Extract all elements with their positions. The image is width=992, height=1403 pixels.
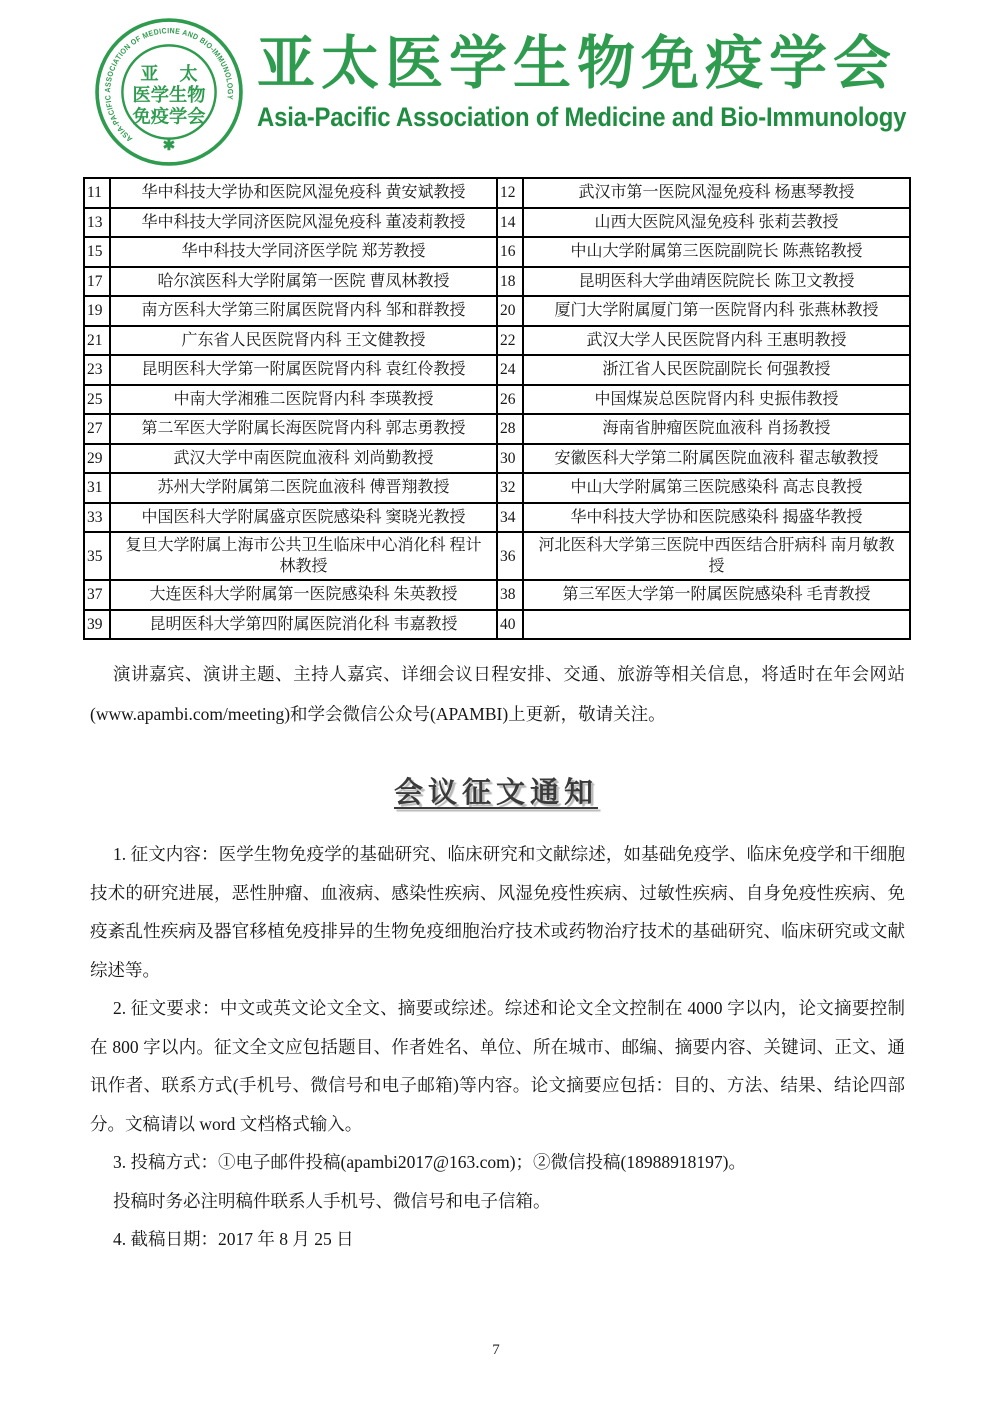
body-paragraph: 3. 投稿方式：①电子邮件投稿(apambi2017@163.com)；②微信投…	[90, 1143, 905, 1182]
row-number: 34	[497, 503, 523, 533]
guest-entry: 复旦大学附属上海市公共卫生临床中心消化科 程计林教授	[110, 532, 497, 580]
guest-entry: 第三军医大学第一附属医院感染科 毛青教授	[523, 580, 910, 610]
section-heading: 会议征文通知	[0, 770, 992, 811]
row-number: 11	[84, 178, 110, 208]
row-number: 24	[497, 355, 523, 385]
intro-paragraph: 演讲嘉宾、演讲主题、主持人嘉宾、详细会议日程安排、交通、旅游等相关信息，将适时在…	[90, 655, 905, 734]
row-number: 14	[497, 208, 523, 238]
table-row: 13华中科技大学同济医院风湿免疫科 董凌莉教授14山西大医院风湿免疫科 张莉芸教…	[84, 208, 910, 238]
row-number: 13	[84, 208, 110, 238]
section-heading-text: 会议征文通知	[394, 777, 598, 809]
body-paragraph: 1. 征文内容：医学生物免疫学的基础研究、临床研究和文献综述，如基础免疫学、临床…	[90, 835, 905, 989]
table-row: 11华中科技大学协和医院风湿免疫科 黄安斌教授12武汉市第一医院风湿免疫科 杨惠…	[84, 178, 910, 208]
guest-entry: 哈尔滨医科大学附属第一医院 曹凤林教授	[110, 267, 497, 297]
guest-list-table: 11华中科技大学协和医院风湿免疫科 黄安斌教授12武汉市第一医院风湿免疫科 杨惠…	[83, 177, 911, 640]
row-number: 27	[84, 414, 110, 444]
row-number: 31	[84, 473, 110, 503]
guest-entry: 厦门大学附属厦门第一医院肾内科 张燕林教授	[523, 296, 910, 326]
table-row: 31苏州大学附属第二医院血液科 傅晋翔教授32中山大学附属第三医院感染科 高志良…	[84, 473, 910, 503]
row-number: 38	[497, 580, 523, 610]
row-number: 25	[84, 385, 110, 415]
association-title-en: Asia-Pacific Association of Medicine and…	[257, 102, 906, 133]
row-number: 21	[84, 326, 110, 356]
body-paragraph: 2. 征文要求：中文或英文论文全文、摘要或综述。综述和论文全文控制在 4000 …	[90, 989, 905, 1143]
row-number: 28	[497, 414, 523, 444]
guest-entry: 海南省肿瘤医院血液科 肖扬教授	[523, 414, 910, 444]
row-number: 17	[84, 267, 110, 297]
seal-star-icon: ✱	[163, 137, 176, 154]
table-row: 35复旦大学附属上海市公共卫生临床中心消化科 程计林教授36河北医科大学第三医院…	[84, 532, 910, 580]
row-number: 32	[497, 473, 523, 503]
table-row: 25中南大学湘雅二医院肾内科 李瑛教授26中国煤炭总医院肾内科 史振伟教授	[84, 385, 910, 415]
row-number: 37	[84, 580, 110, 610]
section-body: 1. 征文内容：医学生物免疫学的基础研究、临床研究和文献综述，如基础免疫学、临床…	[90, 835, 905, 1259]
row-number: 36	[497, 532, 523, 580]
guest-entry: 昆明医科大学第四附属医院消化科 韦嘉教授	[110, 610, 497, 640]
guest-table-body: 11华中科技大学协和医院风湿免疫科 黄安斌教授12武汉市第一医院风湿免疫科 杨惠…	[84, 178, 910, 639]
row-number: 16	[497, 237, 523, 267]
guest-entry: 中国医科大学附属盛京医院感染科 窦晓光教授	[110, 503, 497, 533]
row-number: 29	[84, 444, 110, 474]
row-number: 39	[84, 610, 110, 640]
table-row: 17哈尔滨医科大学附属第一医院 曹凤林教授18昆明医科大学曲靖医院院长 陈卫文教…	[84, 267, 910, 297]
table-row: 29武汉大学中南医院血液科 刘尚勤教授30安徽医科大学第二附属医院血液科 翟志敏…	[84, 444, 910, 474]
row-number: 15	[84, 237, 110, 267]
row-number: 23	[84, 355, 110, 385]
guest-entry: 中国煤炭总医院肾内科 史振伟教授	[523, 385, 910, 415]
row-number: 30	[497, 444, 523, 474]
guest-entry: 中南大学湘雅二医院肾内科 李瑛教授	[110, 385, 497, 415]
page-number: 7	[0, 1342, 992, 1359]
body-paragraph: 4. 截稿日期：2017 年 8 月 25 日	[90, 1220, 905, 1259]
guest-entry: 华中科技大学同济医院风湿免疫科 董凌莉教授	[110, 208, 497, 238]
table-row: 15华中科技大学同济医学院 郑芳教授16中山大学附属第三医院副院长 陈燕铭教授	[84, 237, 910, 267]
seal-center-line: 医学生物	[133, 84, 207, 105]
row-number: 33	[84, 503, 110, 533]
row-number: 12	[497, 178, 523, 208]
letterhead-titles: 亚太医学生物免疫学会 Asia-Pacific Association of M…	[257, 16, 932, 133]
table-row: 37大连医科大学附属第一医院感染科 朱英教授38第三军医大学第一附属医院感染科 …	[84, 580, 910, 610]
guest-entry: 中山大学附属第三医院副院长 陈燕铭教授	[523, 237, 910, 267]
document-page: ASIA-PACIFIC ASSOCIATION OF MEDICINE AND…	[0, 0, 992, 1403]
body-paragraph: 投稿时务必注明稿件联系人手机号、微信号和电子信箱。	[90, 1182, 905, 1221]
seal-center-line: 免疫学会	[132, 105, 207, 126]
association-title-cn: 亚太医学生物免疫学会	[257, 32, 932, 96]
guest-entry: 浙江省人民医院副院长 何强教授	[523, 355, 910, 385]
table-row: 39昆明医科大学第四附属医院消化科 韦嘉教授40	[84, 610, 910, 640]
row-number: 20	[497, 296, 523, 326]
guest-entry: 大连医科大学附属第一医院感染科 朱英教授	[110, 580, 497, 610]
guest-entry: 第二军医大学附属长海医院肾内科 郭志勇教授	[110, 414, 497, 444]
guest-entry: 华中科技大学协和医院风湿免疫科 黄安斌教授	[110, 178, 497, 208]
row-number: 35	[84, 532, 110, 580]
guest-entry: 昆明医科大学第一附属医院肾内科 袁红伶教授	[110, 355, 497, 385]
table-row: 23昆明医科大学第一附属医院肾内科 袁红伶教授24浙江省人民医院副院长 何强教授	[84, 355, 910, 385]
guest-entry: 华中科技大学协和医院感染科 揭盛华教授	[523, 503, 910, 533]
row-number: 40	[497, 610, 523, 640]
guest-entry: 武汉大学中南医院血液科 刘尚勤教授	[110, 444, 497, 474]
guest-entry: 武汉市第一医院风湿免疫科 杨惠琴教授	[523, 178, 910, 208]
row-number: 18	[497, 267, 523, 297]
table-row: 21广东省人民医院肾内科 王文健教授22武汉大学人民医院肾内科 王惠明教授	[84, 326, 910, 356]
guest-entry: 华中科技大学同济医学院 郑芳教授	[110, 237, 497, 267]
guest-entry: 苏州大学附属第二医院血液科 傅晋翔教授	[110, 473, 497, 503]
guest-entry: 广东省人民医院肾内科 王文健教授	[110, 326, 497, 356]
row-number: 19	[84, 296, 110, 326]
table-row: 19南方医科大学第三附属医院肾内科 邹和群教授20厦门大学附属厦门第一医院肾内科…	[84, 296, 910, 326]
seal-center-line: 亚 太	[140, 63, 205, 84]
letterhead: ASIA-PACIFIC ASSOCIATION OF MEDICINE AND…	[0, 0, 992, 168]
guest-entry: 安徽医科大学第二附属医院血液科 翟志敏教授	[523, 444, 910, 474]
table-row: 27第二军医大学附属长海医院肾内科 郭志勇教授28海南省肿瘤医院血液科 肖扬教授	[84, 414, 910, 444]
guest-entry: 昆明医科大学曲靖医院院长 陈卫文教授	[523, 267, 910, 297]
guest-entry: 武汉大学人民医院肾内科 王惠明教授	[523, 326, 910, 356]
table-row: 33中国医科大学附属盛京医院感染科 窦晓光教授34华中科技大学协和医院感染科 揭…	[84, 503, 910, 533]
guest-entry: 河北医科大学第三医院中西医结合肝病科 南月敏教授	[523, 532, 910, 580]
row-number: 22	[497, 326, 523, 356]
guest-entry: 南方医科大学第三附属医院肾内科 邹和群教授	[110, 296, 497, 326]
guest-entry: 山西大医院风湿免疫科 张莉芸教授	[523, 208, 910, 238]
guest-entry	[523, 610, 910, 640]
guest-entry: 中山大学附属第三医院感染科 高志良教授	[523, 473, 910, 503]
association-seal-logo: ASIA-PACIFIC ASSOCIATION OF MEDICINE AND…	[93, 16, 245, 168]
row-number: 26	[497, 385, 523, 415]
